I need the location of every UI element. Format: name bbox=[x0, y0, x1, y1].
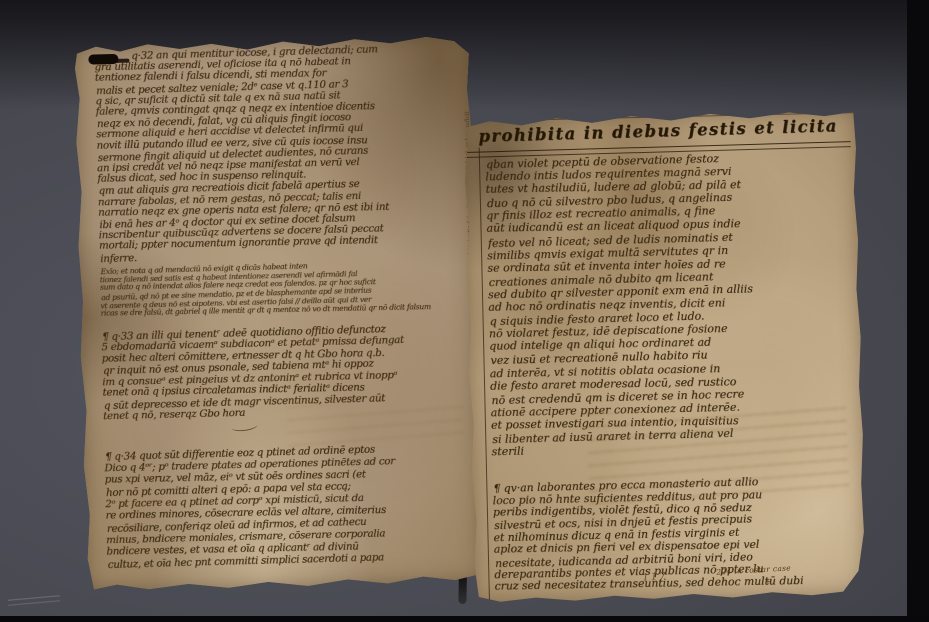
paragraph-q32-note: Exīo; et nota q ad mendaciū nō exigit q … bbox=[99, 258, 466, 319]
paragraph-laborantes: ¶ qv·an laborantes pro ecca monasterio a… bbox=[492, 474, 858, 594]
page-heading: prohibita in diebus festis et licita bbox=[478, 116, 853, 146]
backdrop-scratch-marks bbox=[8, 592, 61, 608]
paragraph-q34: ¶ q·34 quot sūt differentie eoz q ptinet… bbox=[104, 442, 473, 571]
corner-cross-mark: + bbox=[764, 577, 771, 586]
right-manuscript-page: prohibita in diebus festis et licita qba… bbox=[462, 109, 867, 604]
photo-backdrop: q·32 an qui mentitur iocose, i gra delec… bbox=[0, 0, 929, 622]
paragraph-q32: q·32 an qui mentitur iocose, i gra delec… bbox=[94, 43, 465, 265]
backdrop-black-strip-right bbox=[907, 0, 929, 622]
left-page-text: q·32 an qui mentitur iocose, i gra delec… bbox=[94, 43, 473, 571]
folio-number: 117 bbox=[642, 571, 668, 583]
backdrop-black-strip-bottom bbox=[0, 616, 929, 622]
paragraph-q33: ¶ q·33 an illi qui tenentʳ adeē quotidia… bbox=[101, 323, 469, 423]
paragraph-festis: qban violet pceptū de observatione festo… bbox=[485, 149, 856, 458]
left-manuscript-page: q·32 an qui mentitur iocose, i gra delec… bbox=[72, 34, 483, 592]
right-page-text: qban violet pceptū de observatione festo… bbox=[485, 149, 859, 594]
